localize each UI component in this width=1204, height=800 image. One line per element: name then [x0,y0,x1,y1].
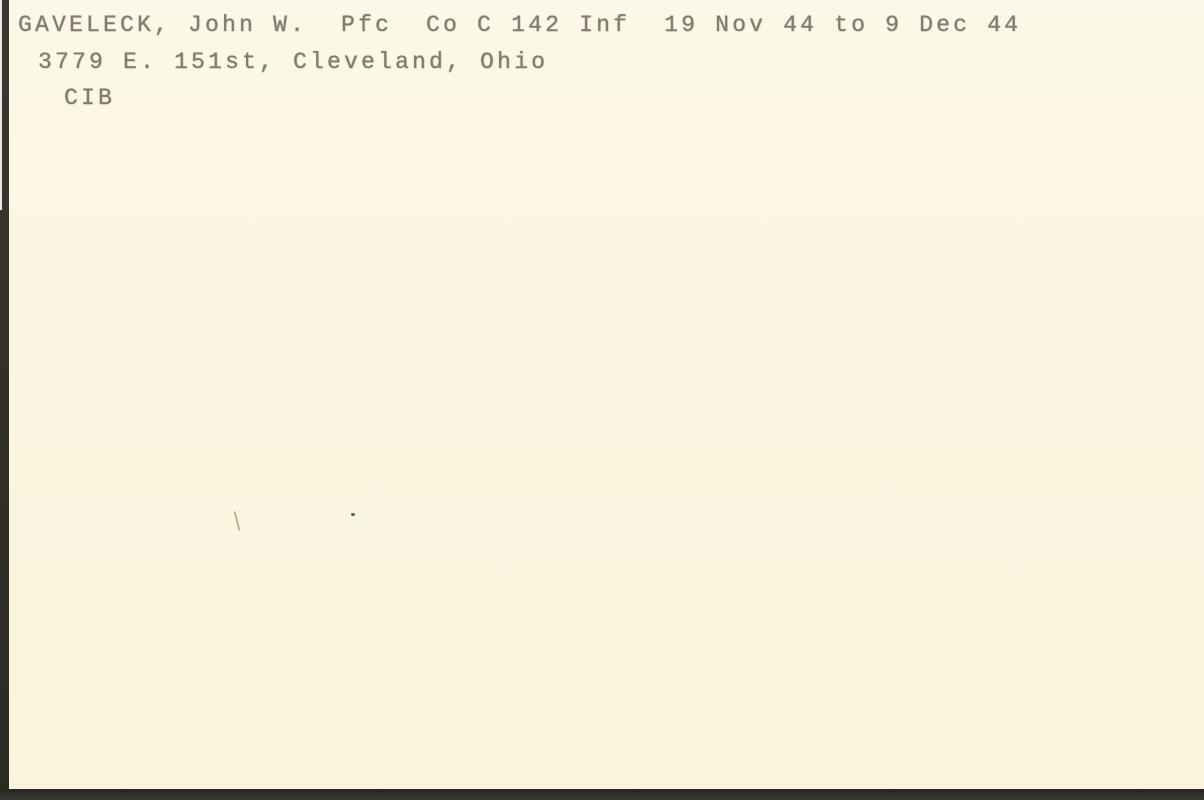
scan-edge-left-sliver [0,0,2,210]
typed-line-address: 3779 E. 151st, Cleveland, Ohio [38,49,548,75]
typed-line-name-rank-unit-dates: GAVELECK, John W. Pfc Co C 142 Inf 19 No… [18,12,1021,38]
scan-edge-bottom [0,789,1204,800]
scanned-index-card: GAVELECK, John W. Pfc Co C 142 Inf 19 No… [0,0,1204,800]
stray-pencil-stroke [234,511,240,531]
index-card: GAVELECK, John W. Pfc Co C 142 Inf 19 No… [0,0,1204,789]
stray-ink-speck [351,513,355,516]
typed-line-award: CIB [64,85,115,111]
